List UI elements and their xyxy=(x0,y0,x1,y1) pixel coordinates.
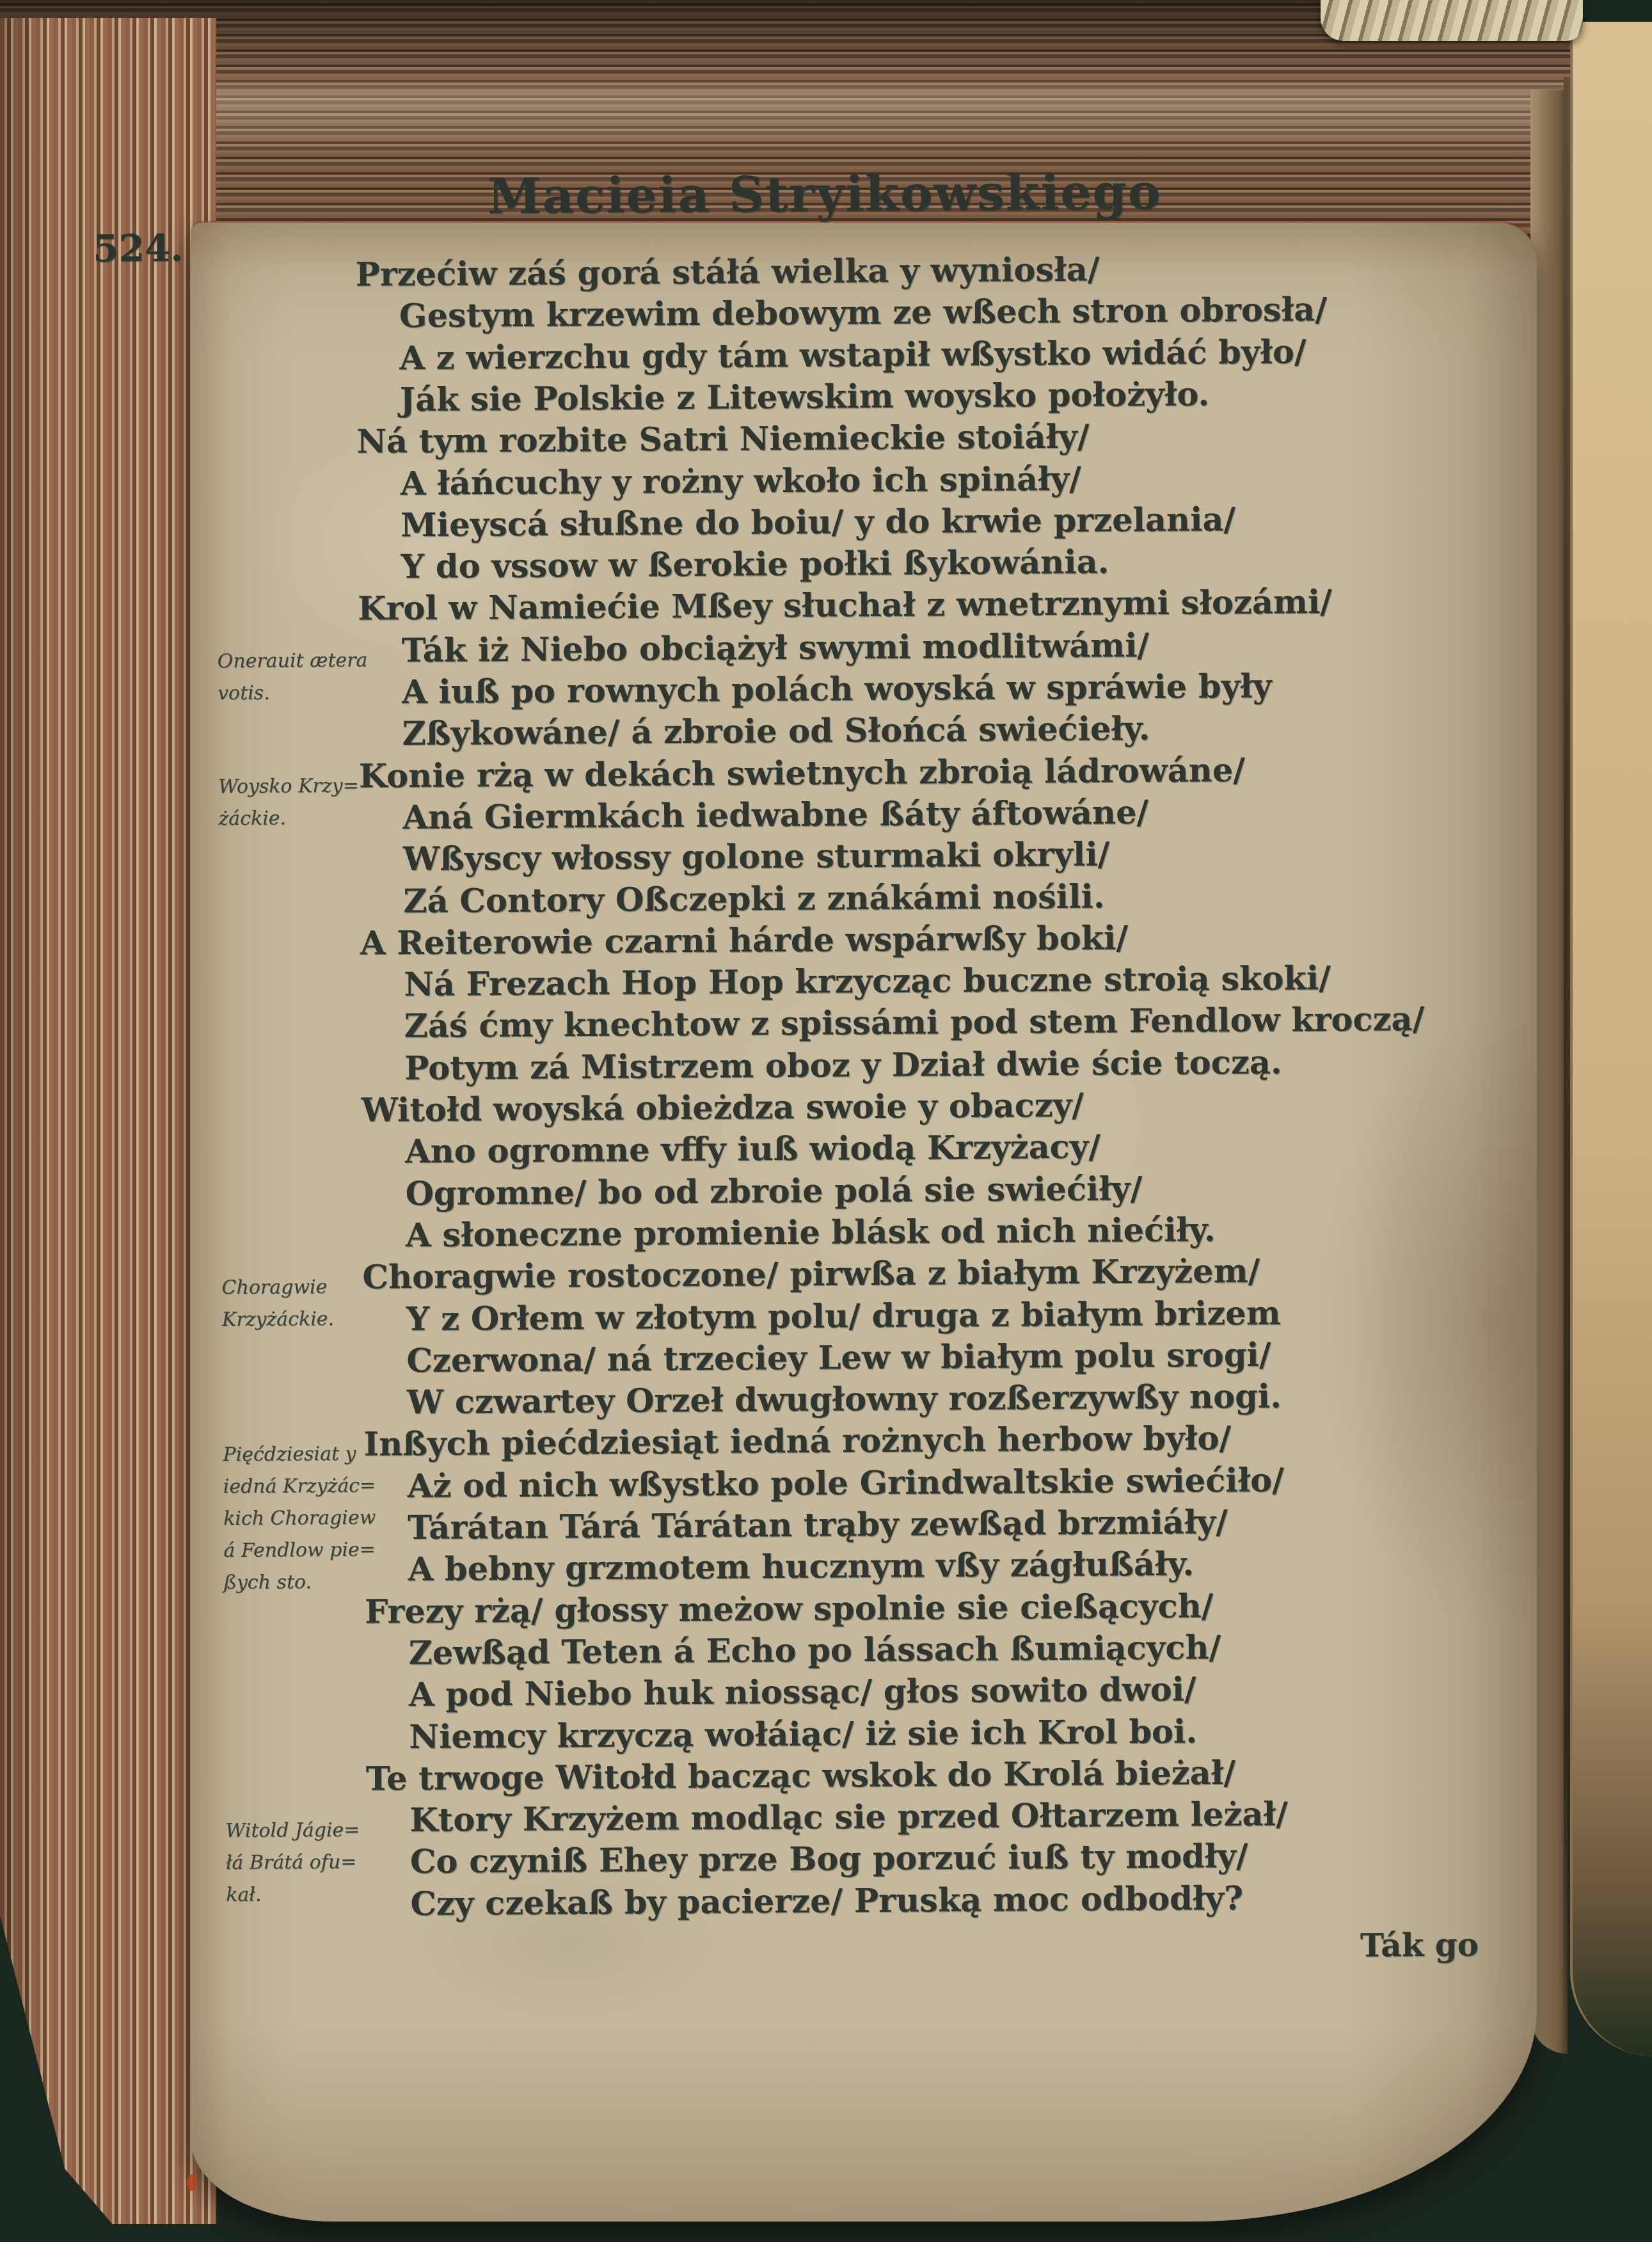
margin-note-line: żáckie. xyxy=(218,802,379,835)
verse-line: A iuß po rownych polách woyská w spráwie… xyxy=(402,670,1272,710)
margin-note-line: Woysko Krzy= xyxy=(218,770,379,803)
page-text: 524. Macieia Stryikowskiego Przećiw záś … xyxy=(0,0,1652,2242)
margin-note-line: ßych sto. xyxy=(224,1566,385,1600)
margin-note-line: Witold Jágie= xyxy=(225,1814,386,1847)
verse-line: A łáńcuchy y rożny wkoło ich spináły/ xyxy=(401,462,1081,501)
verse-line: Konie rżą w dekách swietnych zbroią ládr… xyxy=(359,754,1245,794)
verse-line: Zßykowáne/ á zbroie od Słońcá swiećieły. xyxy=(402,712,1150,752)
book-photo: 524. Macieia Stryikowskiego Przećiw záś … xyxy=(0,0,1652,2242)
verse-line: Witołd woyská obieżdza swoie y obaczy/ xyxy=(361,1089,1084,1128)
verse-line: Krol w Namiećie Mßey słuchał z wnetrznym… xyxy=(358,585,1332,626)
verse-line: Te trwoge Witołd bacząc wskok do Krolá b… xyxy=(366,1756,1235,1797)
verse-line: Czy czekaß by pacierze/ Pruską moc odbod… xyxy=(410,1882,1243,1922)
verse-line: Gestym krzewim debowym ze wßech stron ob… xyxy=(399,293,1327,334)
margin-note: ChoragwieKrzyżáckie. xyxy=(221,1271,383,1337)
verse-line: Wßyscy włossy golone sturmaki okryli/ xyxy=(403,838,1110,877)
verse-line: Przećiw záś gorá stáłá wielka y wyniosła… xyxy=(355,253,1099,292)
verse-line: A z wierzchu gdy tám wstapił wßystko wid… xyxy=(399,335,1307,376)
verse-line: Ták iż Niebo obciążył swymi modlitwámi/ xyxy=(401,629,1149,669)
catchword: Ták go xyxy=(1360,1925,1479,1964)
verse-line: A słoneczne promienie blásk od nich nieć… xyxy=(406,1213,1216,1253)
verse-line: Ano ogromne vffy iuß wiodą Krzyżacy/ xyxy=(405,1131,1100,1170)
verse-line: Ná Frezach Hop Hop krzycząc buczne stroi… xyxy=(404,962,1331,1003)
margin-note-line: á Fendlow pie= xyxy=(223,1534,385,1568)
margin-note: Woysko Krzy=żáckie. xyxy=(218,770,380,835)
verse-line: Frezy rżą/ głossy meżow spolnie sie cieß… xyxy=(365,1589,1214,1630)
verse-line: Zá Contory Oßczepki z znákámi nośili. xyxy=(403,880,1105,919)
verse-line: Ktory Krzyżem modląc sie przed Ołtarzem … xyxy=(409,1798,1288,1838)
verse-line: Ják sie Polskie z Litewskim woysko położ… xyxy=(400,378,1210,417)
margin-note-line: votis. xyxy=(218,676,379,710)
verse-line: Inßych piećdziesiąt iedná rożnych herbow… xyxy=(363,1422,1231,1462)
margin-note-line: Onerauit ætera xyxy=(218,644,379,678)
verse-line: Y do vssow w ßerokie połki ßykowánia. xyxy=(401,545,1109,584)
verse-line: A pod Niebo huk niossąc/ głos sowito dwo… xyxy=(409,1673,1196,1713)
page-number: 524. xyxy=(93,226,184,270)
margin-notes: Onerauit æteravotis.Woysko Krzy=żáckie.C… xyxy=(0,0,1649,3)
margin-note: Onerauit æteravotis. xyxy=(218,644,379,710)
verse-line: Ogromne/ bo od zbroie polá sie swiećiły/ xyxy=(405,1172,1142,1212)
margin-note: Witold Jágie=łá Brátá ofu=kał. xyxy=(225,1814,387,1911)
verse-line: Tárátan Tárá Tárátan trąby zewßąd brzmiá… xyxy=(408,1506,1228,1545)
verse-line: Aná Giermkách iedwabne ßáty áftowáne/ xyxy=(402,796,1148,836)
verse-line: Niemcy krzyczą wołáiąc/ iż sie ich Krol … xyxy=(409,1715,1197,1754)
margin-note-line: Krzyżáckie. xyxy=(222,1303,383,1337)
verse-line: Ná tym rozbite Satri Niemieckie stoiáły/ xyxy=(356,420,1090,460)
running-header: Macieia Stryikowskiego xyxy=(408,163,1241,225)
verse-line: Aż od nich wßystko pole Grindwaltskie sw… xyxy=(408,1463,1284,1504)
margin-note-line: iedná Krzyżác= xyxy=(223,1470,385,1504)
margin-note: Pięćdziesiat yiedná Krzyżác=kich Choragi… xyxy=(223,1438,385,1600)
verse-text: Przećiw záś gorá stáłá wielka y wyniosła… xyxy=(0,0,1649,3)
verse-line: A Reiterowie czarni hárde wspárwßy boki/ xyxy=(360,921,1129,961)
verse-line: Y z Orłem w złotym polu/ druga z białym … xyxy=(406,1296,1281,1337)
verse-line: Choragwie rostoczone/ pirwßa z białym Kr… xyxy=(362,1255,1260,1295)
verse-line: Potym zá Mistrzem oboz y Dział dwie ście… xyxy=(404,1045,1282,1086)
verse-line: A bebny grzmotem hucznym vßy zágłußáły. xyxy=(408,1548,1194,1587)
margin-note-line: łá Brátá ofu= xyxy=(226,1846,387,1879)
margin-note-line: Pięćdziesiat y xyxy=(223,1438,384,1472)
verse-line: Czerwona/ ná trzeciey Lew w białym polu … xyxy=(406,1338,1271,1378)
verse-line: W czwartey Orzeł dwugłowny rozßerzywßy n… xyxy=(407,1380,1282,1420)
verse-line: Zewßąd Teten á Echo po lássach ßumiących… xyxy=(408,1631,1221,1671)
verse-line: Mieyscá słußne do boiu/ y do krwie przel… xyxy=(401,503,1235,543)
verse-line: Záś ćmy knechtow z spissámi pod stem Fen… xyxy=(404,1003,1425,1044)
margin-note-line: Choragwie xyxy=(221,1271,383,1305)
margin-note-line: kich Choragiew xyxy=(223,1502,385,1536)
margin-note-line: kał. xyxy=(226,1878,387,1911)
verse-line: Co czyniß Ehey prze Bog porzuć iuß ty mo… xyxy=(410,1840,1248,1880)
